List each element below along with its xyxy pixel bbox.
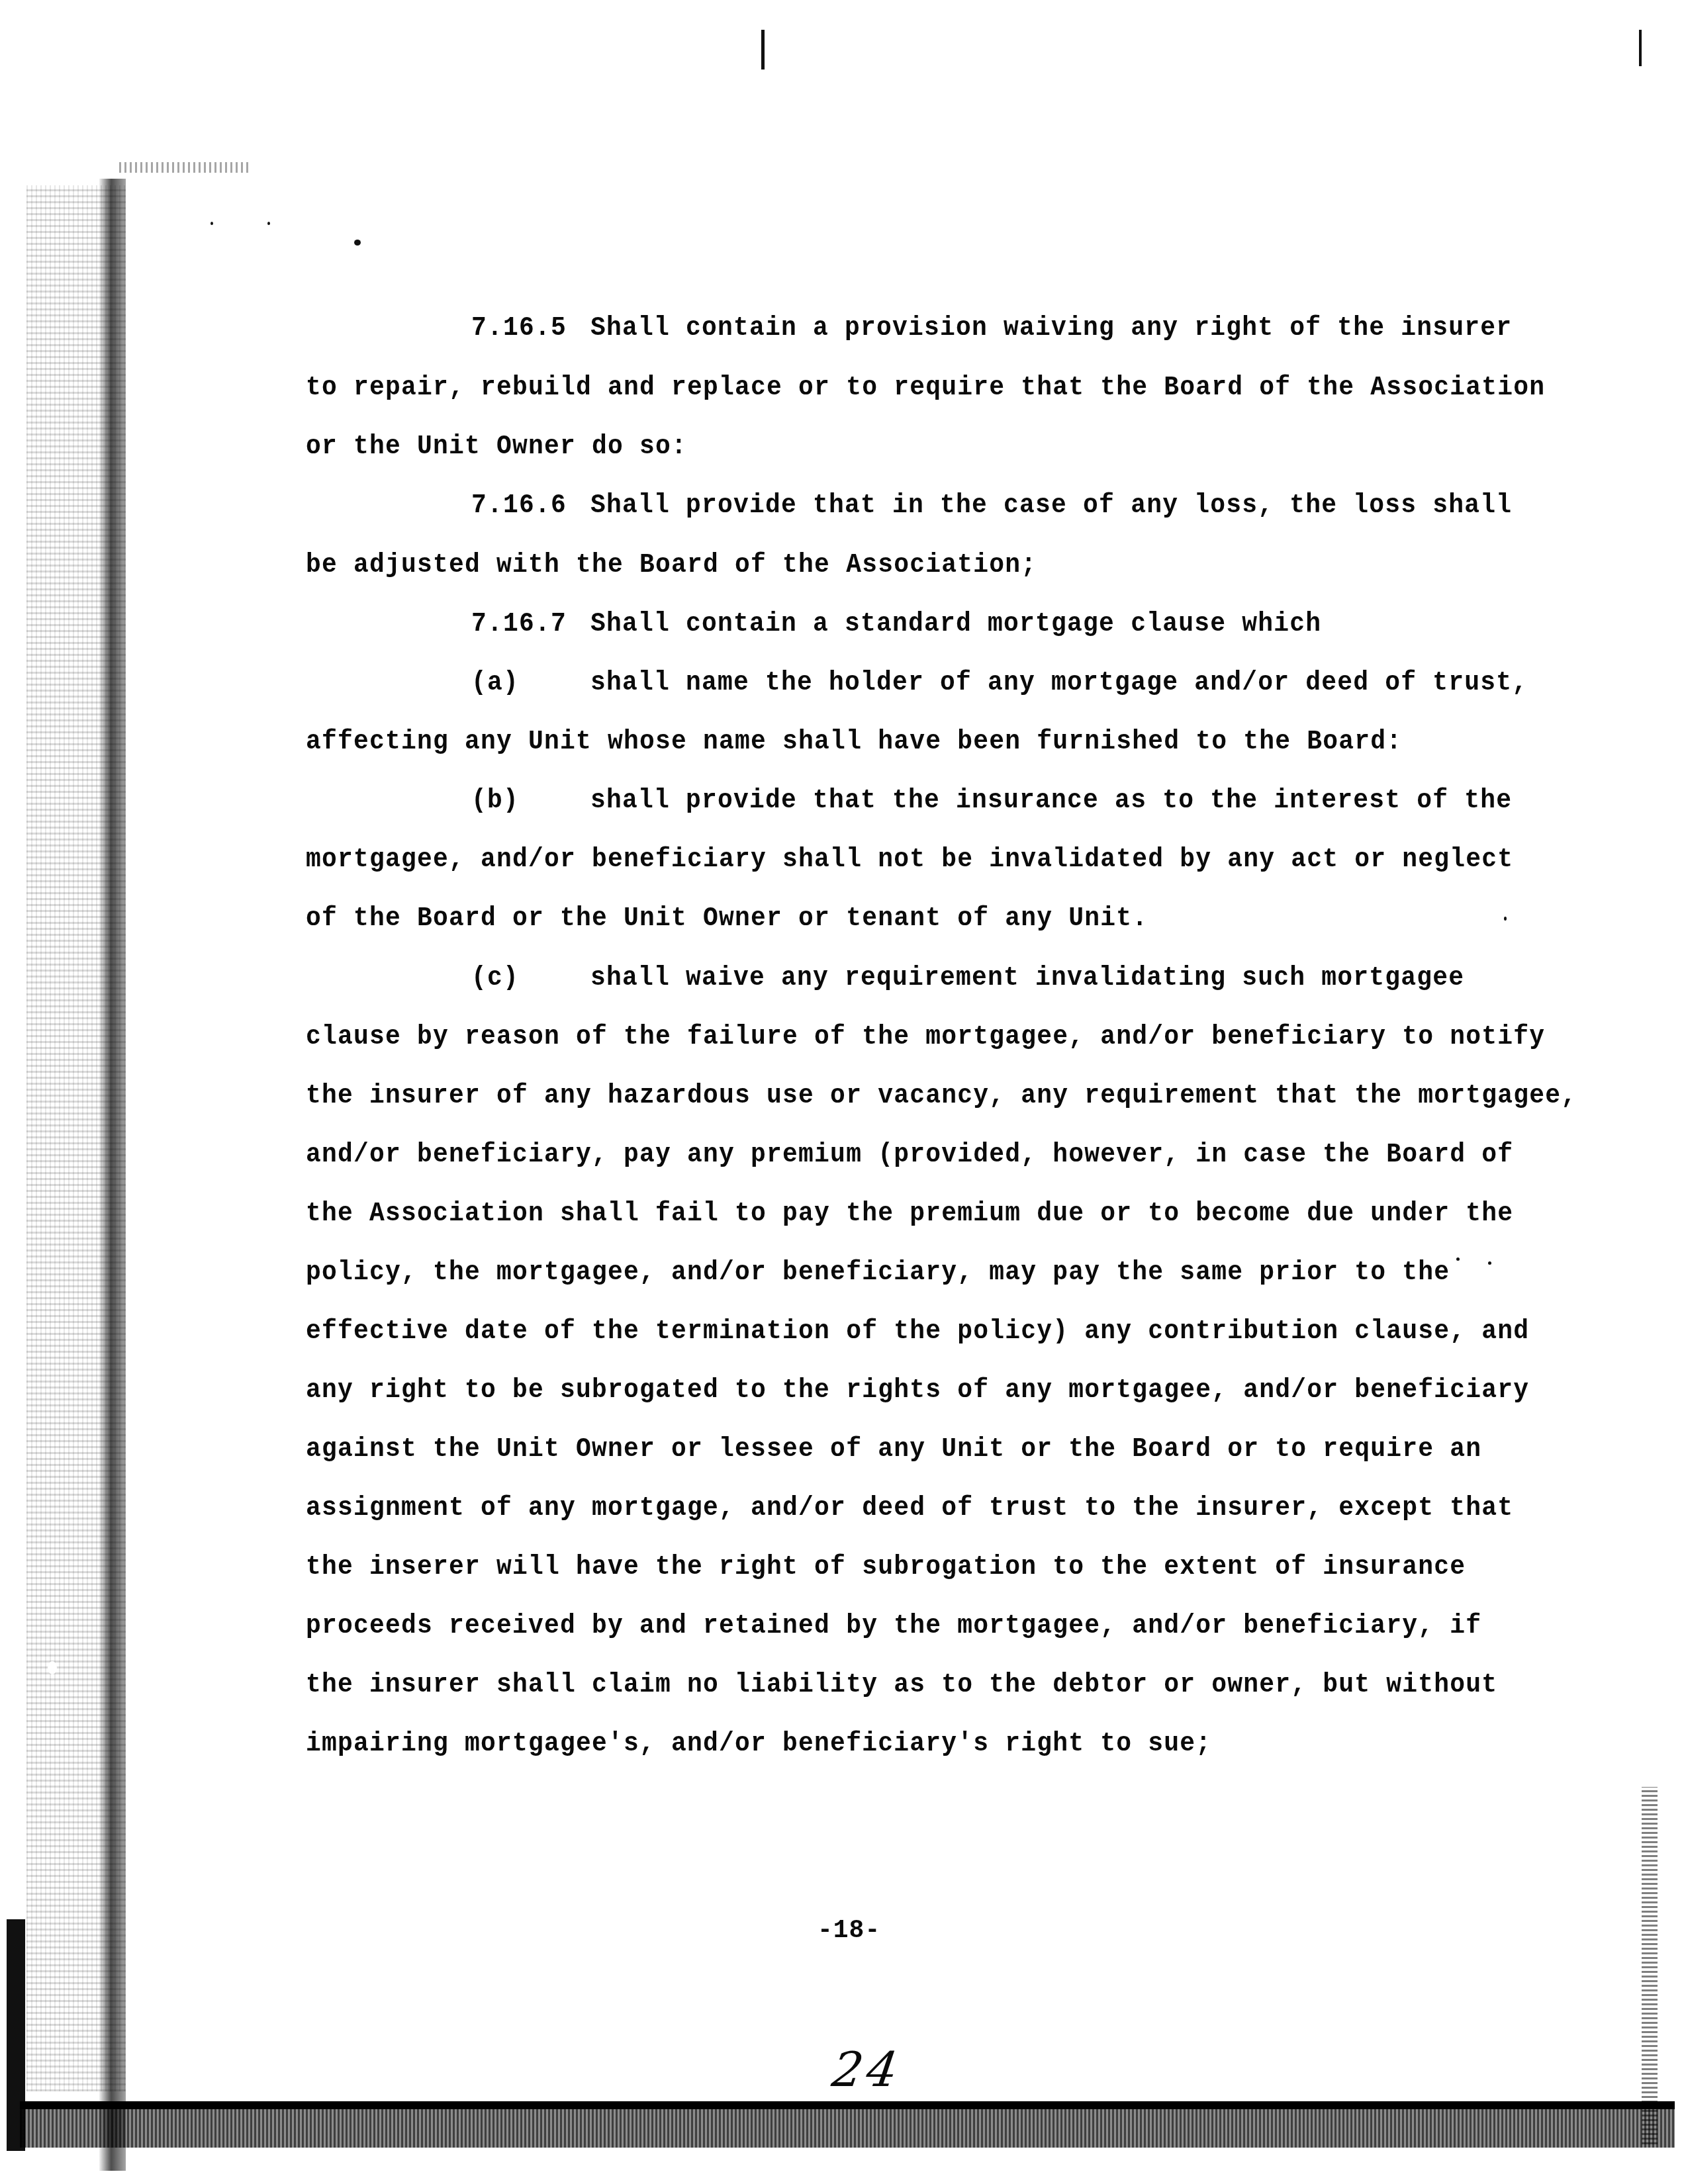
clause-text: shall provide that the insurance as to t…	[590, 786, 1512, 816]
paragraph-text: Shall contain a provision waiving any ri…	[590, 313, 1512, 343]
clause-line: the insurer shall claim no liability as …	[306, 1672, 1497, 1699]
clause-line: policy, the mortgagee, and/or beneficiar…	[306, 1259, 1450, 1287]
scan-speck	[1456, 1257, 1460, 1261]
clause-line: of the Board or the Unit Owner or tenant…	[306, 905, 1148, 933]
scan-speck	[1504, 917, 1507, 921]
clause-label: (a)	[471, 670, 590, 697]
scan-page-edge-left	[99, 179, 126, 2171]
clause-line: any right to be subrogated to the rights…	[306, 1377, 1529, 1404]
clause-c-first-line: (c)shall waive any requirement invalidat…	[471, 965, 1464, 992]
paragraph-line: be adjusted with the Board of the Associ…	[306, 552, 1037, 579]
clause-a-first-line: (a)shall name the holder of any mortgage…	[471, 670, 1528, 697]
scan-speck	[267, 222, 270, 225]
clause-line: and/or beneficiary, pay any premium (pro…	[306, 1142, 1513, 1169]
clause-label: (b)	[471, 788, 590, 815]
clause-line: the inserer will have the right of subro…	[306, 1554, 1466, 1581]
clause-b-first-line: (b)shall provide that the insurance as t…	[471, 788, 1512, 815]
scan-tick-mark	[1639, 30, 1642, 66]
page-number: -18-	[818, 1917, 880, 1945]
scan-speck	[210, 222, 213, 225]
section-number: 7.16.7	[471, 611, 590, 638]
scan-speck	[354, 240, 361, 246]
clause-line: proceeds received by and retained by the…	[306, 1613, 1481, 1640]
scan-noise-right	[1642, 1787, 1658, 2144]
scan-tick-mark	[761, 30, 765, 69]
clause-line: effective date of the termination of the…	[306, 1318, 1529, 1345]
clause-line: impairing mortgagee's, and/or beneficiar…	[306, 1731, 1211, 1758]
section-number: 7.16.5	[471, 315, 590, 342]
scan-noise-top	[119, 162, 252, 173]
clause-line: assignment of any mortgage, and/or deed …	[306, 1495, 1513, 1522]
handwritten-page-number: 24	[829, 2042, 905, 2097]
paragraph-7-16-7-first-line: 7.16.7Shall contain a standard mortgage …	[471, 611, 1321, 638]
clause-line: clause by reason of the failure of the m…	[306, 1024, 1545, 1051]
paragraph-text: Shall contain a standard mortgage clause…	[590, 609, 1321, 639]
section-number: 7.16.6	[471, 492, 590, 520]
clause-line: mortgagee, and/or beneficiary shall not …	[306, 846, 1513, 874]
clause-line: affecting any Unit whose name shall have…	[306, 729, 1402, 756]
paragraph-line: to repair, rebuild and replace or to req…	[306, 375, 1545, 402]
paragraph-7-16-5-first-line: 7.16.5Shall contain a provision waiving …	[471, 315, 1512, 342]
clause-line: the insurer of any hazardous use or vaca…	[306, 1083, 1577, 1110]
clause-line: the Association shall fail to pay the pr…	[306, 1201, 1513, 1228]
paragraph-7-16-6-first-line: 7.16.6Shall provide that in the case of …	[471, 492, 1512, 520]
clause-text: shall name the holder of any mortgage an…	[590, 668, 1528, 698]
paragraph-line: or the Unit Owner do so:	[306, 433, 687, 461]
clause-text: shall waive any requirement invalidating…	[590, 963, 1464, 993]
clause-label: (c)	[471, 965, 590, 992]
paragraph-text: Shall provide that in the case of any lo…	[590, 490, 1512, 521]
document-page: 7.16.5Shall contain a provision waiving …	[0, 0, 1684, 2184]
clause-line: against the Unit Owner or lessee of any …	[306, 1436, 1481, 1463]
scan-speck	[1488, 1261, 1491, 1265]
scan-page-edge-bottom	[20, 2101, 1675, 2148]
scan-hole	[48, 1661, 57, 1674]
